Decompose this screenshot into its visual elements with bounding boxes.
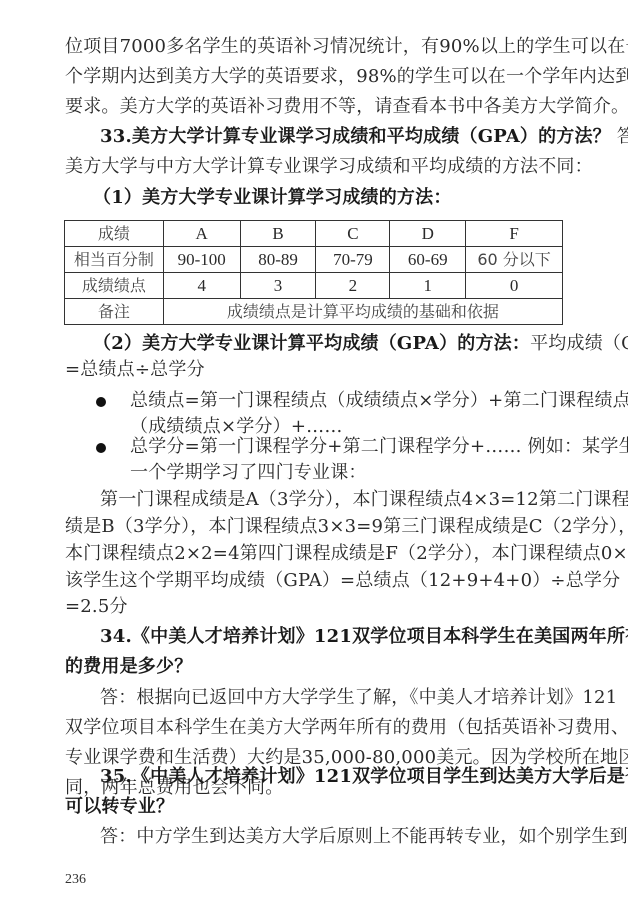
table-cell: 70-79 bbox=[316, 247, 390, 273]
body-text-line: 绩是B（3学分），本门课程绩点3×3=9第三门课程成绩是C（2学分）， bbox=[65, 512, 628, 542]
body-text-line: 个学期内达到美方大学的英语要求，98%的学生可以在一个学年内达到 bbox=[65, 62, 628, 92]
body-text-line: 双学位项目本科学生在美方大学两年所有的费用（包括英语补习费用、 bbox=[65, 713, 628, 743]
table-row-grade: 成绩 A B C D F bbox=[65, 221, 563, 247]
body-text-line: 要求。美方大学的英语补习费用不等，请查看本书中各美方大学简介。 bbox=[65, 92, 628, 122]
body-text-line: 本门课程绩点2×2=4第四门课程成绩是F（2学分），本门课程绩点0×2=0 bbox=[65, 539, 628, 569]
table-note-cell: 成绩绩点是计算平均成绩的基础和依据 bbox=[163, 299, 562, 325]
body-text-line: 该学生这个学期平均成绩（GPA）=总绩点（12+9+4+0）÷总学分（3+3+2… bbox=[65, 566, 628, 596]
subsection-2-tail: 平均成绩（GPA） bbox=[530, 333, 628, 354]
question-34-title: 的费用是多少？ bbox=[65, 652, 192, 682]
table-row-percent: 相当百分制 90-100 80-89 70-79 60-69 60 分以下 bbox=[65, 247, 563, 273]
table-cell: 备注 bbox=[65, 299, 164, 325]
table-cell: 4 bbox=[163, 273, 240, 299]
body-text-line: =2.5分 bbox=[65, 592, 128, 622]
table-cell: 成绩绩点 bbox=[65, 273, 164, 299]
table-cell: 2 bbox=[316, 273, 390, 299]
body-text-line: 第一门课程成绩是A（3学分），本门课程绩点4×3=12第二门课程成 bbox=[100, 485, 628, 515]
question-34-title: 34.《中美人才培养计划》121双学位项目本科学生在美国两年所有 bbox=[100, 622, 628, 652]
body-text-line: 答：中方学生到达美方大学后原则上不能再转专业，如个别学生到 bbox=[100, 822, 628, 852]
question-33-title: 33.美方大学计算专业课学习成绩和平均成绩（GPA）的方法？ bbox=[100, 126, 611, 147]
table-cell: 成绩 bbox=[65, 221, 164, 247]
grade-table: 成绩 A B C D F 相当百分制 90-100 80-89 70-79 60… bbox=[64, 220, 563, 325]
bullet-text-line: 一个学期学习了四门专业课： bbox=[130, 458, 367, 488]
table-cell: A bbox=[163, 221, 240, 247]
question-35-title: 可以转专业？ bbox=[65, 792, 174, 822]
table-row-points: 成绩绩点 4 3 2 1 0 bbox=[65, 273, 563, 299]
table-cell: 3 bbox=[240, 273, 316, 299]
table-cell: 60 分以下 bbox=[466, 247, 563, 273]
question-35-title: 35.《中美人才培养计划》121双学位项目学生到达美方大学后是否 bbox=[100, 762, 628, 792]
body-text-line: 美方大学与中方大学计算专业课学习成绩和平均成绩的方法不同： bbox=[65, 152, 593, 182]
table-cell: B bbox=[240, 221, 316, 247]
page-number: 236 bbox=[65, 872, 86, 888]
body-text-line: =总绩点÷总学分 bbox=[65, 355, 205, 385]
table-cell: C bbox=[316, 221, 390, 247]
table-cell: F bbox=[466, 221, 563, 247]
table-cell: 60-69 bbox=[390, 247, 466, 273]
table-cell: D bbox=[390, 221, 466, 247]
table-cell: 1 bbox=[390, 273, 466, 299]
table-cell: 80-89 bbox=[240, 247, 316, 273]
subsection-2-title: （2）美方大学专业课计算平均成绩（GPA）的方法： bbox=[93, 333, 530, 354]
body-text-line: 位项目7000多名学生的英语补习情况统计，有90%以上的学生可以在一 bbox=[65, 32, 628, 62]
answer-lead: 答： bbox=[617, 126, 628, 147]
bullet-icon bbox=[96, 397, 106, 407]
table-row-note: 备注 成绩绩点是计算平均成绩的基础和依据 bbox=[65, 299, 563, 325]
subsection-1-title: （1）美方大学专业课计算学习成绩的方法： bbox=[93, 183, 452, 213]
table-cell: 相当百分制 bbox=[65, 247, 164, 273]
body-text-line: 答：根据向已返回中方大学学生了解，《中美人才培养计划》121 bbox=[100, 683, 617, 713]
question-33-heading: 33.美方大学计算专业课学习成绩和平均成绩（GPA）的方法？ 答： bbox=[100, 122, 628, 152]
table-cell: 90-100 bbox=[163, 247, 240, 273]
table-cell: 0 bbox=[466, 273, 563, 299]
bullet-icon bbox=[96, 443, 106, 453]
